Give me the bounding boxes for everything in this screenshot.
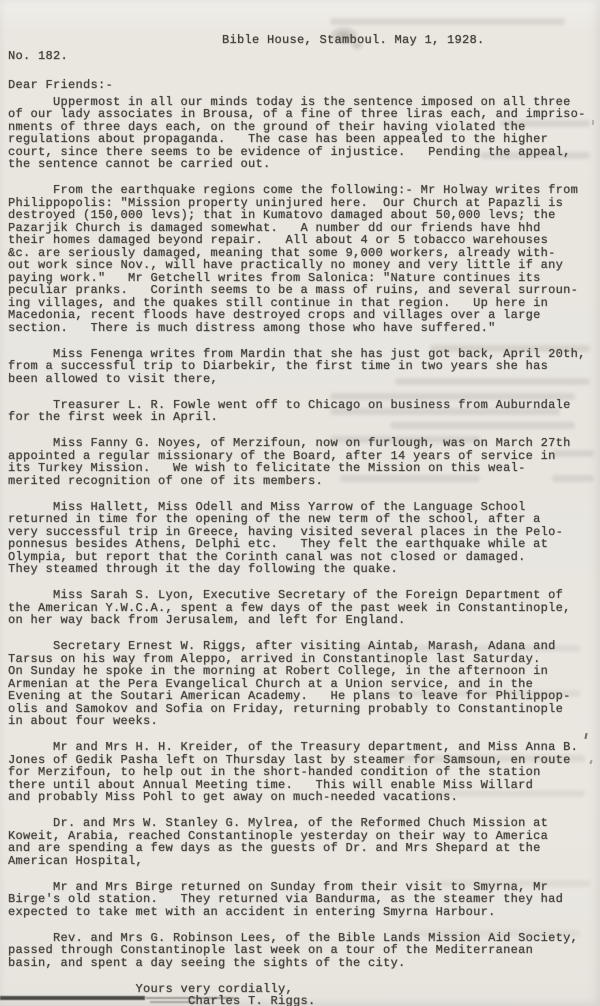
paragraph: Dr. and Mrs W. Stanley G. Mylrea, of the…: [8, 817, 598, 867]
paragraph: From the earthquake regions come the fol…: [8, 184, 598, 334]
paragraph: Mr and Mrs H. H. Kreider, of the Treasur…: [8, 741, 598, 804]
paragraph: Uppermost in all our minds today is the …: [8, 96, 598, 171]
paragraph: Miss Hallett, Miss Odell and Miss Yarrow…: [8, 501, 598, 576]
paragraph: Treasurer L. R. Fowle went off to Chicag…: [8, 399, 598, 424]
paragraph: Miss Fenenga writes from Mardin that she…: [8, 348, 598, 386]
paragraph: Secretary Ernest W. Riggs, after visitin…: [8, 640, 598, 728]
letter-number: No. 182.: [8, 50, 68, 63]
letter-body: Dear Friends:- Uppermost in all our mind…: [8, 79, 598, 1006]
bleed-through-mark: [330, 18, 565, 25]
paragraph: Mr and Mrs Birge returned on Sunday from…: [8, 881, 598, 919]
signature: Charles T. Riggs.: [8, 995, 598, 1006]
paragraph: Miss Sarah S. Lyon, Executive Secretary …: [8, 589, 598, 627]
letter-page: Bible House, Stamboul. May 1, 1928. No. …: [0, 0, 600, 1006]
dateline: Bible House, Stamboul. May 1, 1928.: [222, 34, 485, 47]
salutation: Dear Friends:-: [8, 79, 598, 92]
paragraph: Miss Fanny G. Noyes, of Merzifoun, now o…: [8, 437, 598, 487]
paragraph: Rev. and Mrs G. Robinson Lees, of the Bi…: [8, 932, 598, 970]
